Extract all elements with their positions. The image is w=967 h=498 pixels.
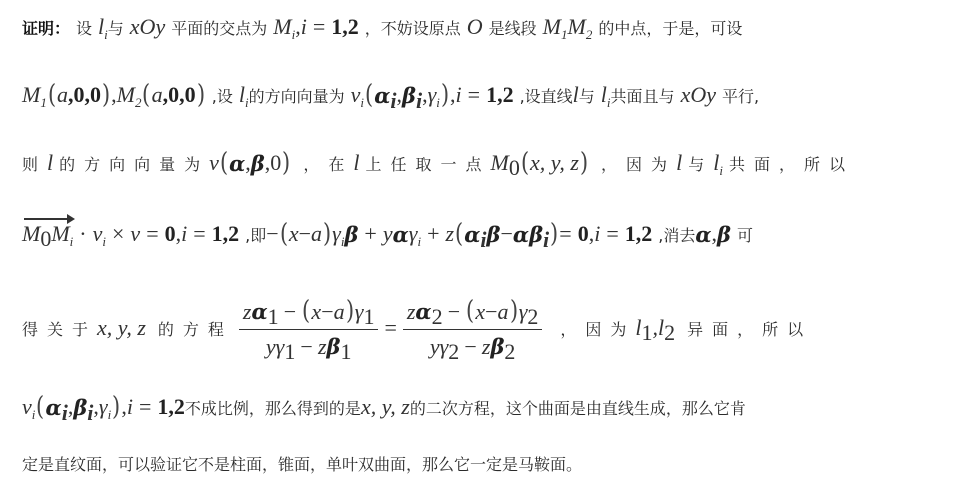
minus: − bbox=[500, 221, 512, 247]
paren: ) bbox=[550, 219, 558, 249]
math-beta: β bbox=[487, 222, 501, 247]
proof-line-2: M1 ( a ,0,0 ) , M2 ( a ,0,0 ) ,设 li 的方向向… bbox=[22, 80, 759, 110]
math-v-i: vi bbox=[93, 221, 106, 247]
paren: ) bbox=[102, 80, 110, 110]
math-index-values: 1,2 bbox=[331, 14, 359, 40]
math-beta: β bbox=[344, 222, 358, 247]
paren: ) bbox=[323, 219, 331, 249]
cross-operator: × bbox=[112, 221, 124, 247]
math-gamma-i: γi bbox=[409, 221, 421, 247]
math-zero: ,0 bbox=[265, 150, 282, 176]
math-y: y bbox=[383, 221, 393, 247]
math-i: i bbox=[301, 14, 307, 40]
paren: ( bbox=[36, 392, 44, 422]
equals: = bbox=[193, 221, 205, 247]
text: 则 bbox=[22, 152, 47, 175]
math-xoy: xOy bbox=[681, 82, 716, 108]
text: 与 bbox=[108, 16, 124, 39]
text: ,设 bbox=[212, 84, 233, 107]
proof-line-1: 证明： 设 li 与 xOy 平面的交点为 Mi , i = 1,2 ，不妨设原… bbox=[22, 14, 742, 40]
text: ,即 bbox=[245, 223, 266, 246]
proof-line-4: M0Mi · vi × v = 0 , i = 1,2 ,即 − ( x − a… bbox=[22, 219, 753, 249]
math-alpha: α bbox=[393, 222, 409, 247]
text: 可 bbox=[737, 223, 753, 246]
text: 与 bbox=[688, 152, 713, 175]
minus: − bbox=[299, 221, 311, 247]
equals: = bbox=[384, 315, 396, 341]
equals: = bbox=[139, 394, 151, 420]
paren: ( bbox=[365, 80, 373, 110]
math-index-values: 1,2 bbox=[625, 221, 653, 247]
text: 的二次方程，这个曲面是由直线生成，那么它肯 bbox=[410, 396, 746, 419]
math-xyz: x, y, z bbox=[97, 315, 146, 341]
math-xyz: x, y, z bbox=[530, 150, 579, 176]
paren: ) bbox=[282, 148, 290, 178]
proof-line-5: 得关于 x, y, z 的方程 zα1 − (x−a)γ1 yγ1 − zβ1 … bbox=[22, 296, 812, 360]
math-beta: β bbox=[251, 151, 265, 176]
math-l: l bbox=[47, 150, 53, 176]
coords: ,0,0 bbox=[163, 82, 196, 108]
text: 的方程 bbox=[158, 317, 233, 340]
text: ，因为 bbox=[560, 317, 635, 340]
math-a: a bbox=[57, 82, 68, 108]
math-alpha-i: αi bbox=[464, 222, 486, 247]
math-v-i: vi bbox=[351, 82, 364, 108]
plus: + bbox=[427, 221, 439, 247]
math-alpha-i: αi bbox=[374, 83, 396, 108]
paren: ( bbox=[220, 148, 228, 178]
text: ,消去 bbox=[658, 223, 695, 246]
text: 不成比例，那么得到的是 bbox=[185, 396, 361, 419]
dot-operator: · bbox=[79, 221, 86, 247]
math-l1-l2: l1,l2 bbox=[635, 315, 675, 341]
math-a: a bbox=[152, 82, 163, 108]
math-gamma-i: γi bbox=[99, 394, 111, 420]
text: 平行, bbox=[722, 84, 759, 107]
equals: = bbox=[313, 14, 325, 40]
text: 平面的交点为 bbox=[171, 16, 267, 39]
fraction-1-denominator: yγ1 − zβ1 bbox=[266, 330, 352, 360]
math-v: v bbox=[130, 221, 140, 247]
fraction-2-numerator: zα2 − (x−a)γ2 bbox=[403, 296, 543, 330]
paren: ( bbox=[142, 80, 150, 110]
math-i: i bbox=[127, 394, 133, 420]
paren: ( bbox=[521, 148, 529, 178]
text: 得关于 bbox=[22, 317, 97, 340]
math-m1: M1 bbox=[22, 82, 47, 108]
math-l-i: li bbox=[713, 150, 723, 176]
math-l-i: li bbox=[239, 82, 249, 108]
math-gamma-i: γi bbox=[332, 221, 344, 247]
math-zero: 0 bbox=[165, 221, 176, 247]
math-m-i: Mi bbox=[273, 14, 295, 40]
math-gamma-i: γi bbox=[428, 82, 440, 108]
math-xoy: xOy bbox=[130, 14, 165, 40]
paren: ) bbox=[197, 80, 205, 110]
text: 设 bbox=[76, 16, 92, 39]
paren: ) bbox=[441, 80, 449, 110]
text: ,设直线 bbox=[520, 84, 573, 107]
paren: ) bbox=[580, 148, 588, 178]
text: 定是直纹面，可以验证它不是柱面，锥面，单叶双曲面，那么它一定是马鞍面。 bbox=[22, 452, 582, 475]
text: 与 bbox=[579, 84, 595, 107]
math-m2: M2 bbox=[117, 82, 142, 108]
math-m1m2: M1M2 bbox=[543, 14, 593, 40]
math-i: i bbox=[181, 221, 187, 247]
paren: ( bbox=[48, 80, 56, 110]
proof-label: 证明： bbox=[22, 16, 70, 39]
math-index-values: 1,2 bbox=[212, 221, 240, 247]
paren: ( bbox=[280, 219, 288, 249]
text: ，不妨设原点 bbox=[365, 16, 461, 39]
math-z: z bbox=[446, 221, 455, 247]
math-l: l bbox=[676, 150, 682, 176]
fraction-1-numerator: zα1 − (x−a)γ1 bbox=[239, 296, 379, 330]
math-vector-m0mi: M0Mi bbox=[22, 221, 73, 247]
text: 异面，所以 bbox=[687, 317, 812, 340]
plus: + bbox=[364, 221, 376, 247]
text: 是线段 bbox=[489, 16, 537, 39]
proof-line-6: vi ( αi , βi , γi ) , i = 1,2 不成比例，那么得到的… bbox=[22, 392, 746, 422]
text: 共面且与 bbox=[611, 84, 675, 107]
paren: ( bbox=[455, 219, 463, 249]
text: 上任取一点 bbox=[366, 152, 491, 175]
math-v-i: vi bbox=[22, 394, 35, 420]
text: 共面，所以 bbox=[729, 152, 854, 175]
text: 的方向向量为 bbox=[59, 152, 209, 175]
fraction-2: zα2 − (x−a)γ2 yγ2 − zβ2 bbox=[403, 296, 543, 360]
equals: = bbox=[468, 82, 480, 108]
math-l-i: li bbox=[601, 82, 611, 108]
text: ，因为 bbox=[601, 152, 676, 175]
math-zero: 0 bbox=[578, 221, 589, 247]
math-index-values: 1,2 bbox=[157, 394, 185, 420]
math-l-i: li bbox=[98, 14, 108, 40]
text: 的方向向量为 bbox=[249, 84, 345, 107]
math-alpha: α bbox=[229, 151, 245, 176]
math-i: i bbox=[594, 221, 600, 247]
math-alpha: α bbox=[695, 222, 711, 247]
equals: = bbox=[606, 221, 618, 247]
math-alpha-i: αi bbox=[46, 395, 68, 420]
proof-line-7: 定是直纹面，可以验证它不是柱面，锥面，单叶双曲面，那么它一定是马鞍面。 bbox=[22, 452, 582, 475]
fraction-1: zα1 − (x−a)γ1 yγ1 − zβ1 bbox=[239, 296, 379, 360]
minus: − bbox=[266, 221, 278, 247]
math-l: l bbox=[353, 150, 359, 176]
math-beta-i: βi bbox=[73, 395, 93, 420]
math-index-values: 1,2 bbox=[486, 82, 514, 108]
math-beta: β bbox=[717, 222, 731, 247]
math-i: i bbox=[456, 82, 462, 108]
math-x: x bbox=[289, 221, 299, 247]
math-alpha: α bbox=[513, 222, 529, 247]
math-origin-o: O bbox=[467, 14, 483, 40]
math-beta-i: βi bbox=[529, 222, 549, 247]
math-a: a bbox=[311, 221, 322, 247]
proof-line-3: 则 l 的方向向量为 v ( α , β ,0 ) ，在 l 上任取一点 M0 … bbox=[22, 148, 854, 178]
math-beta-i: βi bbox=[402, 83, 422, 108]
math-xyz: x, y, z bbox=[361, 394, 410, 420]
equals: = bbox=[559, 221, 571, 247]
text: 的中点，于是，可设 bbox=[598, 16, 742, 39]
paren: ) bbox=[112, 392, 120, 422]
math-v: v bbox=[209, 150, 219, 176]
text: ，在 bbox=[303, 152, 353, 175]
fraction-2-denominator: yγ2 − zβ2 bbox=[430, 330, 516, 360]
equals: = bbox=[146, 221, 158, 247]
math-m0: M0 bbox=[491, 150, 520, 176]
coords: ,0,0 bbox=[68, 82, 101, 108]
